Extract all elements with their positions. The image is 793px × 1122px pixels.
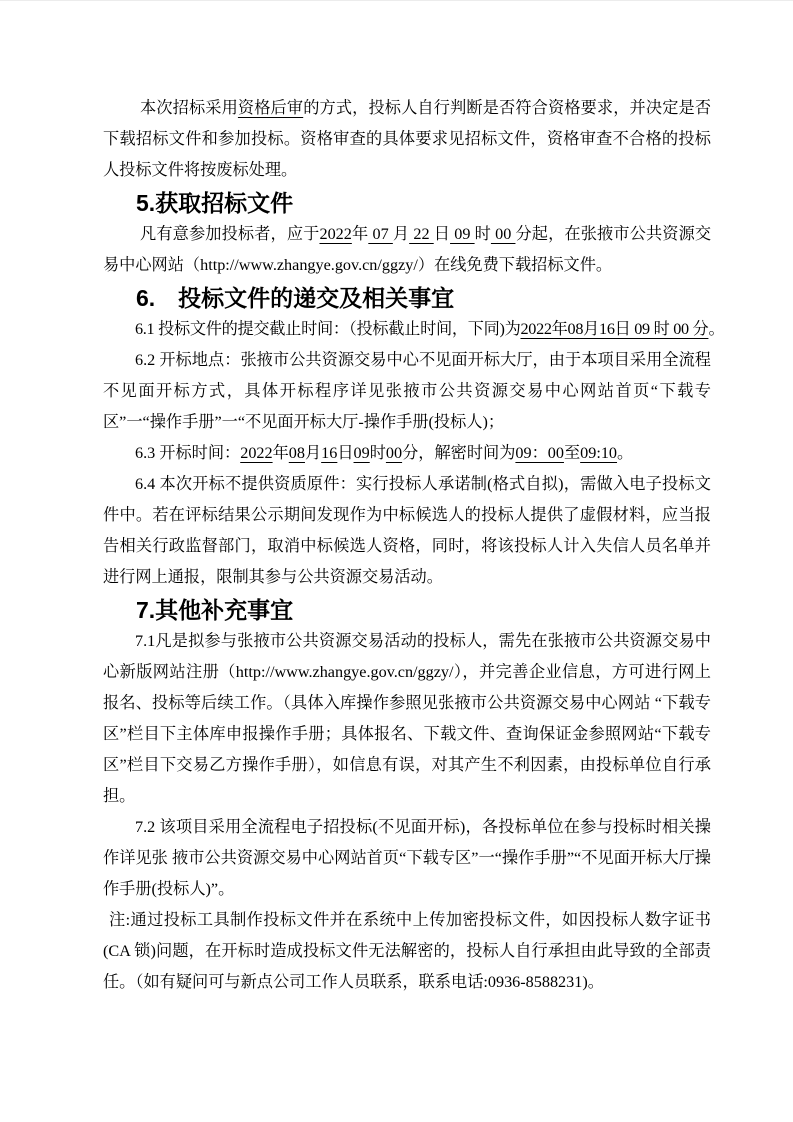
underline-download-year: 2022 (319, 225, 351, 243)
underline-download-day: 22 (409, 225, 434, 243)
underline-decrypt-start: 09：00 (515, 444, 564, 462)
text-run: 凡有意参加投标者，应于 (140, 225, 319, 243)
text-run: 年 (273, 444, 289, 462)
document-page: 本次招标采用资格后审的方式，投标人自行判断是否符合资格要求，并决定是否下载招标文… (0, 0, 793, 1122)
text-run: 月 (305, 444, 321, 462)
paragraph-6-1-submission-deadline: 6.1 投标文件的提交截止时间：（投标截止时间，下同)为2022年08月16日 … (103, 314, 711, 345)
paragraph-6-2-bid-opening-location: 6.2 开标地点：张掖市公共资源交易中心不见面开标大厅，由于本项目采用全流程不见… (103, 345, 711, 438)
text-run: 分，解密时间为 (402, 444, 515, 462)
text-run: 日 (337, 444, 353, 462)
text-run: 时 (475, 225, 491, 243)
paragraph-7-1-registration: 7.1凡是拟参与张掖市公共资源交易活动的投标人，需先在张掖市公共资源交易中心新版… (103, 626, 711, 812)
underline-open-year: 2022 (240, 444, 272, 462)
text-run: 时 (370, 444, 386, 462)
underline-open-minute: 00 (386, 444, 402, 462)
underline-decrypt-end: 09:10 (580, 444, 617, 462)
heading-section6-bid-submission: 6. 投标文件的递交及相关事宜 (103, 283, 711, 314)
text-run: 。 (708, 320, 724, 338)
underline-submission-deadline-datetime: 2022年08月16日 09 时 00 分 (520, 320, 708, 338)
text-run: 年 (352, 225, 368, 243)
underline-download-hour: 09 (450, 225, 475, 243)
paragraph-6-4-no-original-certificates: 6.4 本次开标不提供资质原件：实行投标人承诺制(格式自拟)，需做入电子投标文件… (103, 469, 711, 593)
paragraph-obtain-documents: 凡有意参加投标者，应于2022年 07 月 22 日 09 时 00 分起，在张… (103, 219, 711, 281)
text-run: 月 (393, 225, 409, 243)
underline-download-month: 07 (368, 225, 393, 243)
paragraph-6-3-bid-opening-time: 6.3 开标时间：2022年08月16日09时00分，解密时间为09：00至09… (103, 438, 711, 469)
heading-section7-supplementary: 7.其他补充事宜 (103, 595, 711, 626)
paragraph-note-ca-lock: 注:通过投标工具制作投标文件并在系统中上传加密投标文件，如因投标人数字证书(CA… (103, 905, 711, 998)
paragraph-7-2-electronic-bidding: 7.2 该项目采用全流程电子招投标(不见面开标)，各投标单位在参与投标时相关操作… (103, 812, 711, 905)
underline-qualification-post-review: 资格后审 (238, 99, 303, 117)
underline-open-hour: 09 (354, 444, 370, 462)
underline-open-month: 08 (289, 444, 305, 462)
text-run: 本次招标采用 (140, 99, 238, 117)
underline-download-minute: 00 (491, 225, 516, 243)
paragraph-qualification-review: 本次招标采用资格后审的方式，投标人自行判断是否符合资格要求，并决定是否下载招标文… (103, 93, 711, 186)
text-run: 6.3 开标时间： (135, 444, 240, 462)
text-run: 至 (564, 444, 580, 462)
underline-open-day: 16 (321, 444, 337, 462)
text-run: 6.1 投标文件的提交截止时间：（投标截止时间，下同)为 (135, 320, 520, 338)
heading-section5-obtain-bid-documents: 5.获取招标文件 (103, 188, 711, 219)
text-run: 日 (434, 225, 450, 243)
document-content: 本次招标采用资格后审的方式，投标人自行判断是否符合资格要求，并决定是否下载招标文… (103, 93, 711, 998)
text-run: 。 (617, 444, 633, 462)
